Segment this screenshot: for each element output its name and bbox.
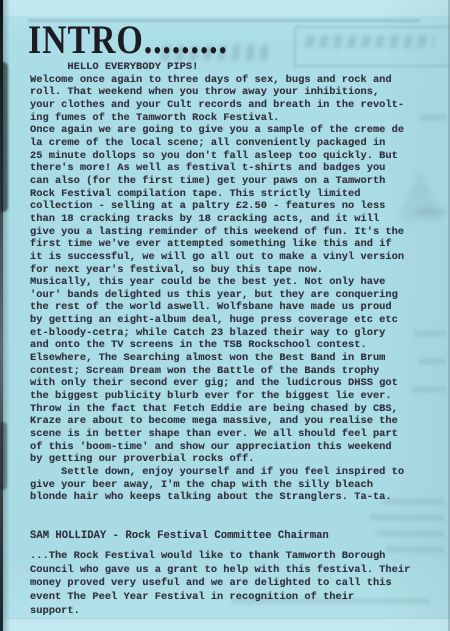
body-line: than 18 cracking tracks by 18 cracking a… <box>30 213 404 226</box>
body-line: Kraze are about to become mega massive, … <box>30 415 404 428</box>
intro-body: HELLO EVERYBODY PIPS!Welcome once again … <box>30 61 404 504</box>
body-line: of this 'boom-time' and show our appreci… <box>30 441 404 454</box>
body-line: HELLO EVERYBODY PIPS! <box>30 61 404 74</box>
scan-edge-blotch <box>0 62 8 212</box>
body-line: by getting our proverbial rocks off. <box>30 453 404 466</box>
signature-line: SAM HOLLIDAY - Rock Festival Committee C… <box>30 530 329 543</box>
body-line: the biggest publicity blurb ever for the… <box>30 390 404 403</box>
footer-line: Council who gave us a grant to help with… <box>30 564 410 578</box>
body-line: with only their second ever gig; and the… <box>30 377 404 390</box>
body-line: your clothes and your Cult records and b… <box>30 99 404 112</box>
body-line: there's more! As well as festival t-shir… <box>30 162 404 175</box>
thanks-paragraph: ...The Rock Festival would like to thank… <box>30 550 410 619</box>
body-line: contest; Scream Dream won the Battle of … <box>30 365 404 378</box>
body-line: first time we've ever attempted somethin… <box>30 238 404 251</box>
body-line: Welcome once again to three days of sex,… <box>30 74 404 87</box>
footer-line: money proved very useful and we are deli… <box>30 577 410 591</box>
body-line: give your beer away, I'm the chap with t… <box>30 479 404 492</box>
body-line: give you a lasting reminder of this week… <box>30 226 404 239</box>
footer-line: support. <box>30 605 410 619</box>
body-line: it is successful, we will go all out to … <box>30 251 404 264</box>
body-line: roll. That weekend when you throw away y… <box>30 86 404 99</box>
body-line: 25 minute dollops so you don't fall asle… <box>30 150 404 163</box>
footer-line: event The Peel Year Festival in recognit… <box>30 591 410 605</box>
body-line: can also (for the first time) get your p… <box>30 175 404 188</box>
body-line: blonde hair who keeps talking about the … <box>30 491 404 504</box>
body-line: scene is in better shape than ever. We a… <box>30 428 404 441</box>
body-line: by getting an eight-album deal, huge pre… <box>30 314 404 327</box>
body-line: the rest of the world aswell. Wolfsbane … <box>30 301 404 314</box>
body-line: Throw in the fact that Fetch Eddie are b… <box>30 403 404 416</box>
page-title: INTRO......... <box>28 18 228 62</box>
body-line: 'our' bands delighted us this year, but … <box>30 289 404 302</box>
body-line: Elsewhere, The Searching almost won the … <box>30 352 404 365</box>
body-line: la creme of the local scene; all conveni… <box>30 137 404 150</box>
body-line: Musically, this year could be the best y… <box>30 276 404 289</box>
body-line: ing fumes of the Tamworth Rock Festival. <box>30 112 404 125</box>
body-line: Settle down, enjoy yourself and if you f… <box>30 466 404 479</box>
body-line: Once again we are going to give you a sa… <box>30 124 404 137</box>
body-line: and onto the TV screens in the TSB Rocks… <box>30 339 404 352</box>
footer-line: ...The Rock Festival would like to thank… <box>30 550 410 564</box>
body-line: collection - selling at a paltry £2.50 -… <box>30 200 404 213</box>
body-line: Rock Festival compilation tape. This str… <box>30 188 404 201</box>
scan-edge-blotch <box>0 422 7 490</box>
body-line: for next year's festival, so buy this ta… <box>30 264 404 277</box>
zine-page: INTRO......... HELLO EVERYBODY PIPS!Welc… <box>0 0 450 631</box>
body-line: et-bloody-cetra; while Catch 23 blazed t… <box>30 327 404 340</box>
paper-bottom-edge <box>0 618 450 631</box>
